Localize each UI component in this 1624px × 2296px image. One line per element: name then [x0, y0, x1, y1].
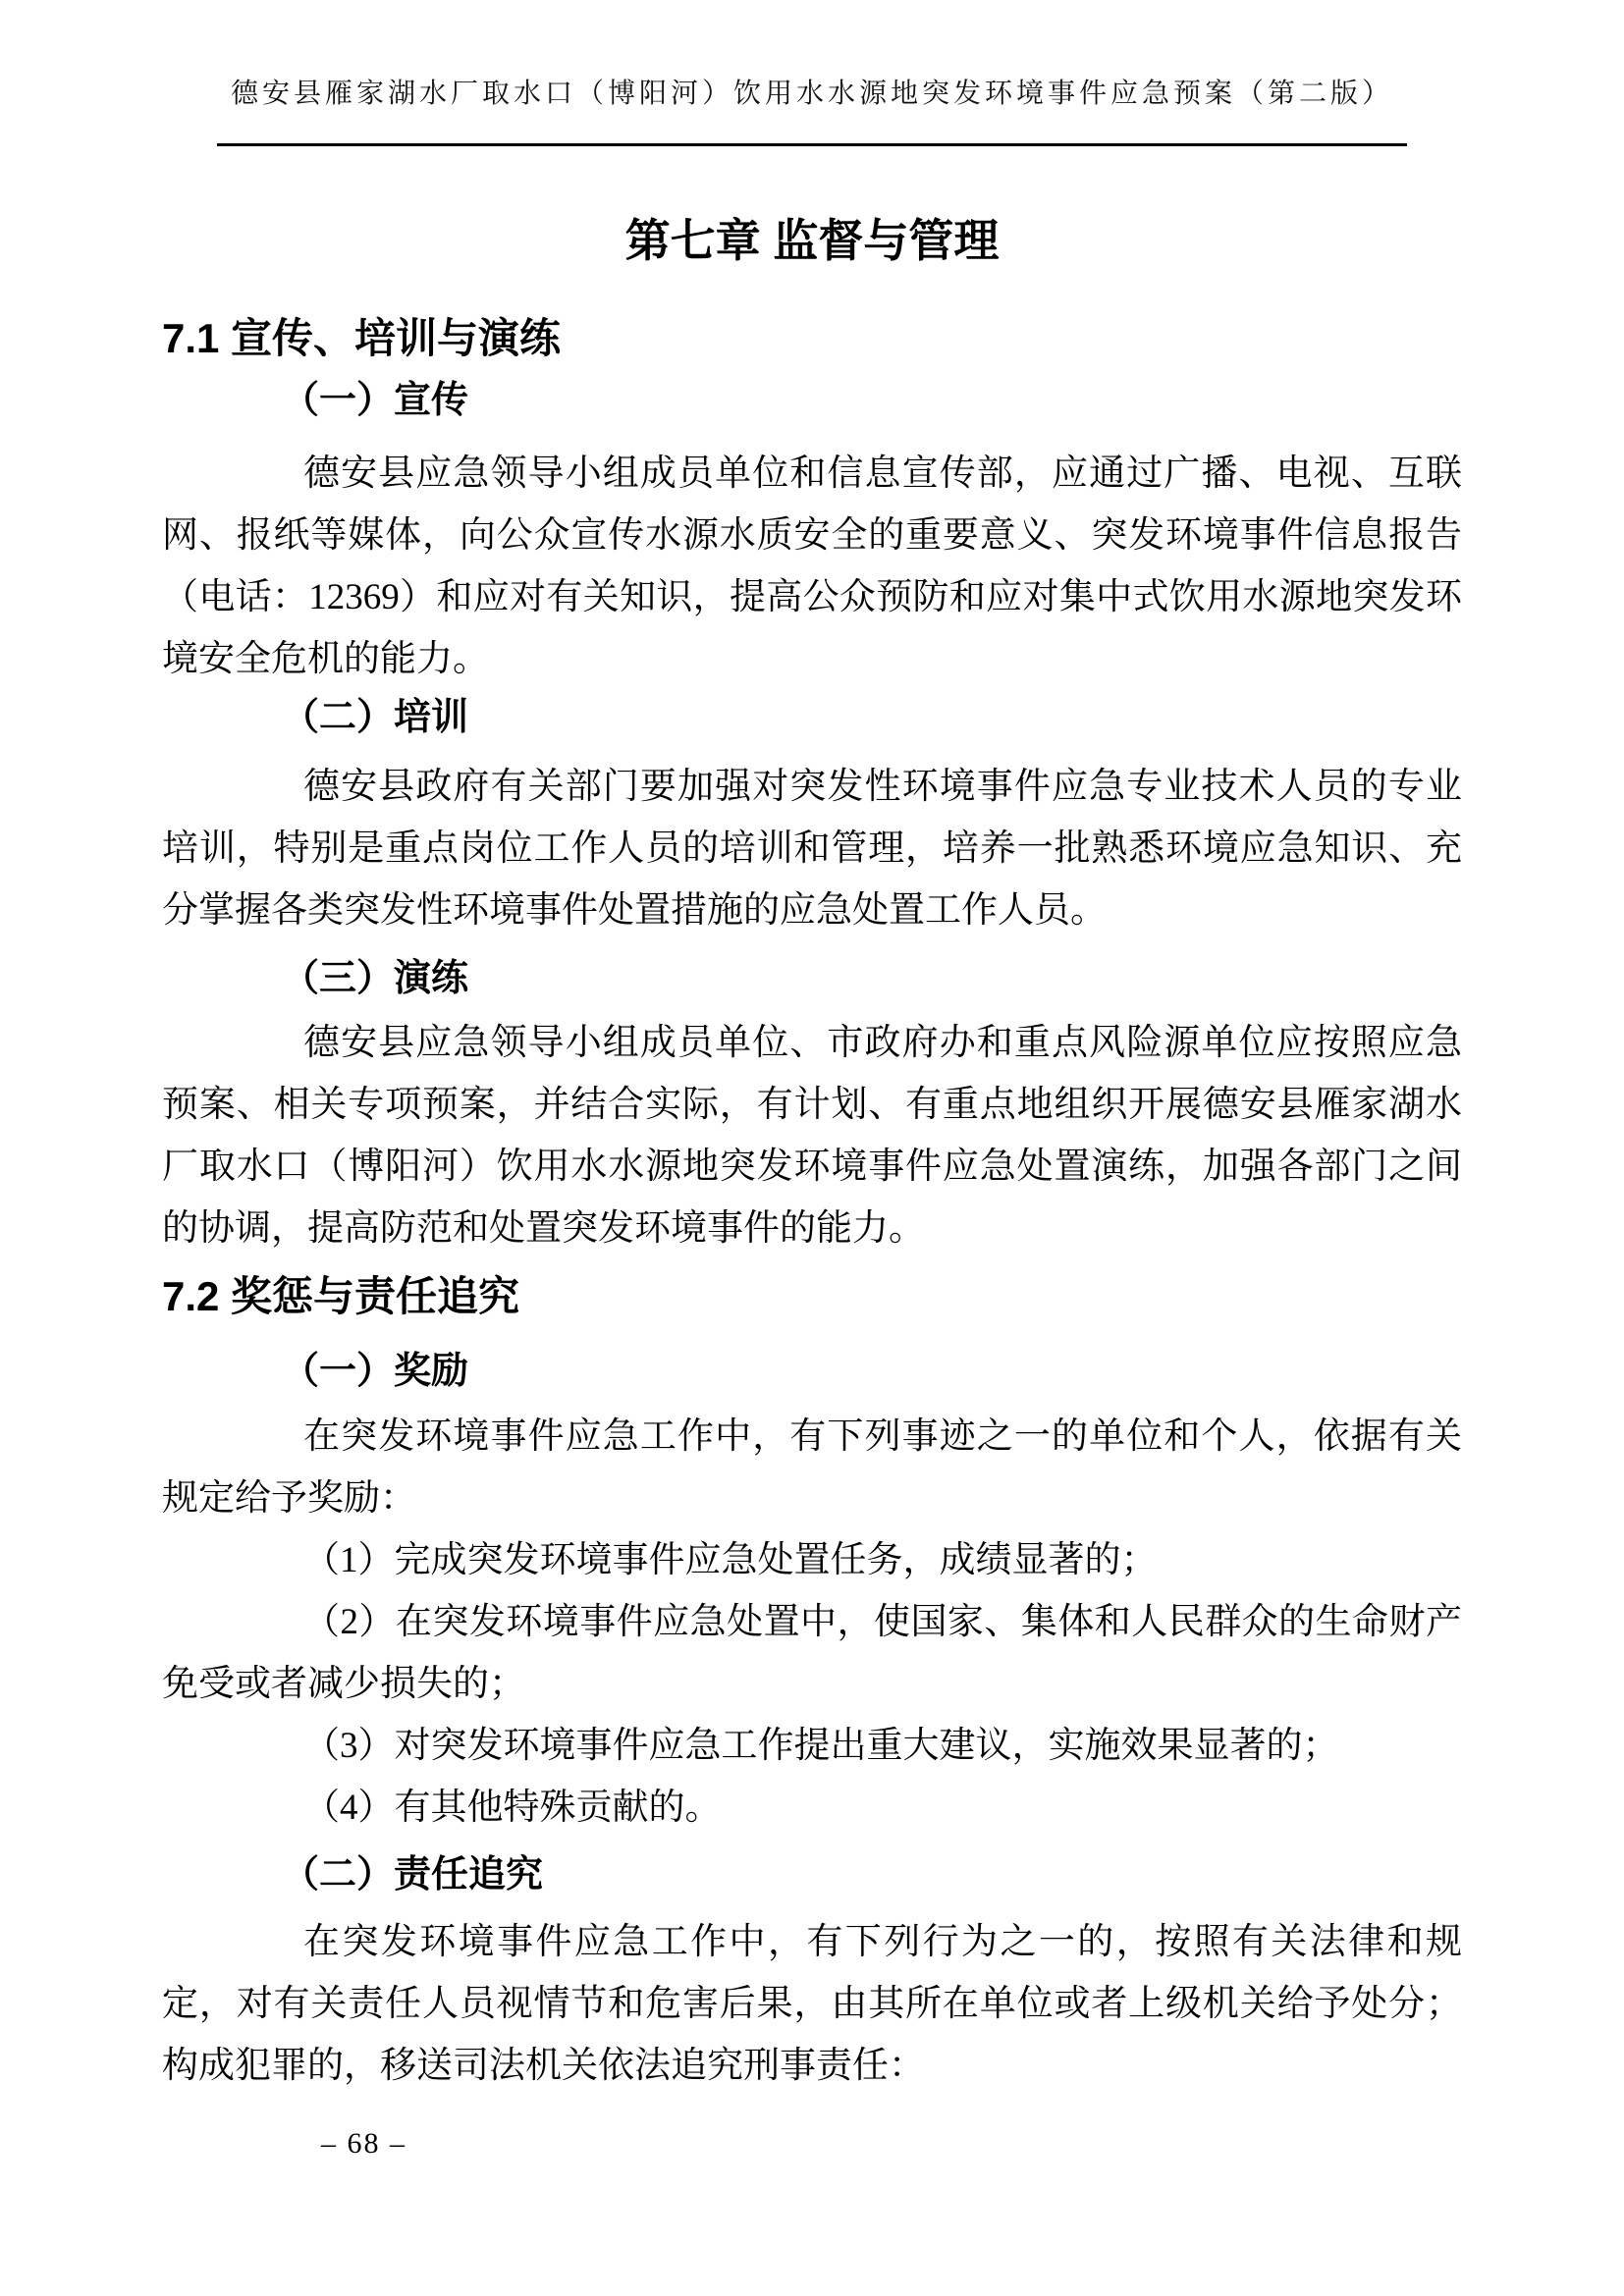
section-heading-7-2: 7.2 奖惩与责任追究	[162, 1271, 1462, 1322]
list-item-reward-2: （2）在突发环境事件应急处置中，使国家、集体和人民群众的生命财产免受或者减少损失…	[162, 1591, 1462, 1715]
subsection-heading-accountability: （二）责任追究	[162, 1852, 1462, 1897]
list-item-reward-1: （1）完成突发环境事件应急处置任务，成绩显著的；	[162, 1529, 1462, 1591]
body-paragraph-drill: 德安县应急领导小组成员单位、市政府办和重点风险源单位应按照应急预案、相关专项预案…	[162, 1012, 1462, 1259]
subsection-heading-drill: （三）演练	[162, 956, 1462, 1001]
list-item-reward-4: （4）有其他特殊贡献的。	[162, 1777, 1462, 1839]
subsection-heading-training: （二）培训	[162, 695, 1462, 740]
document-header: 德安县雁家湖水厂取水口（博阳河）饮用水水源地突发环境事件应急预案（第二版）	[217, 75, 1407, 146]
body-paragraph-reward-intro: 在突发环境事件应急工作中，有下列事迹之一的单位和个人，依据有关规定给予奖励：	[162, 1406, 1462, 1529]
subsection-heading-reward: （一）奖励	[162, 1349, 1462, 1394]
section-heading-7-1: 7.1 宣传、培训与演练	[162, 313, 1462, 364]
body-paragraph-publicity: 德安县应急领导小组成员单位和信息宣传部，应通过广播、电视、互联网、报纸等媒体，向…	[162, 443, 1462, 690]
subsection-heading-publicity: （一）宣传	[162, 378, 1462, 423]
chapter-title: 第七章 监督与管理	[162, 213, 1462, 268]
body-paragraph-accountability-intro: 在突发环境事件应急工作中，有下列行为之一的，按照有关法律和规定，对有关责任人员视…	[162, 1911, 1462, 2097]
page-content: 第七章 监督与管理 7.1 宣传、培训与演练 （一）宣传 德安县应急领导小组成员…	[162, 213, 1462, 2162]
document-page: 德安县雁家湖水厂取水口（博阳河）饮用水水源地突发环境事件应急预案（第二版） 第七…	[0, 0, 1624, 2296]
body-paragraph-training: 德安县政府有关部门要加强对突发性环境事件应急专业技术人员的专业培训，特别是重点岗…	[162, 756, 1462, 941]
page-number: – 68 –	[321, 2126, 1462, 2162]
list-item-reward-3: （3）对突发环境事件应急工作提出重大建议，实施效果显著的；	[162, 1715, 1462, 1777]
